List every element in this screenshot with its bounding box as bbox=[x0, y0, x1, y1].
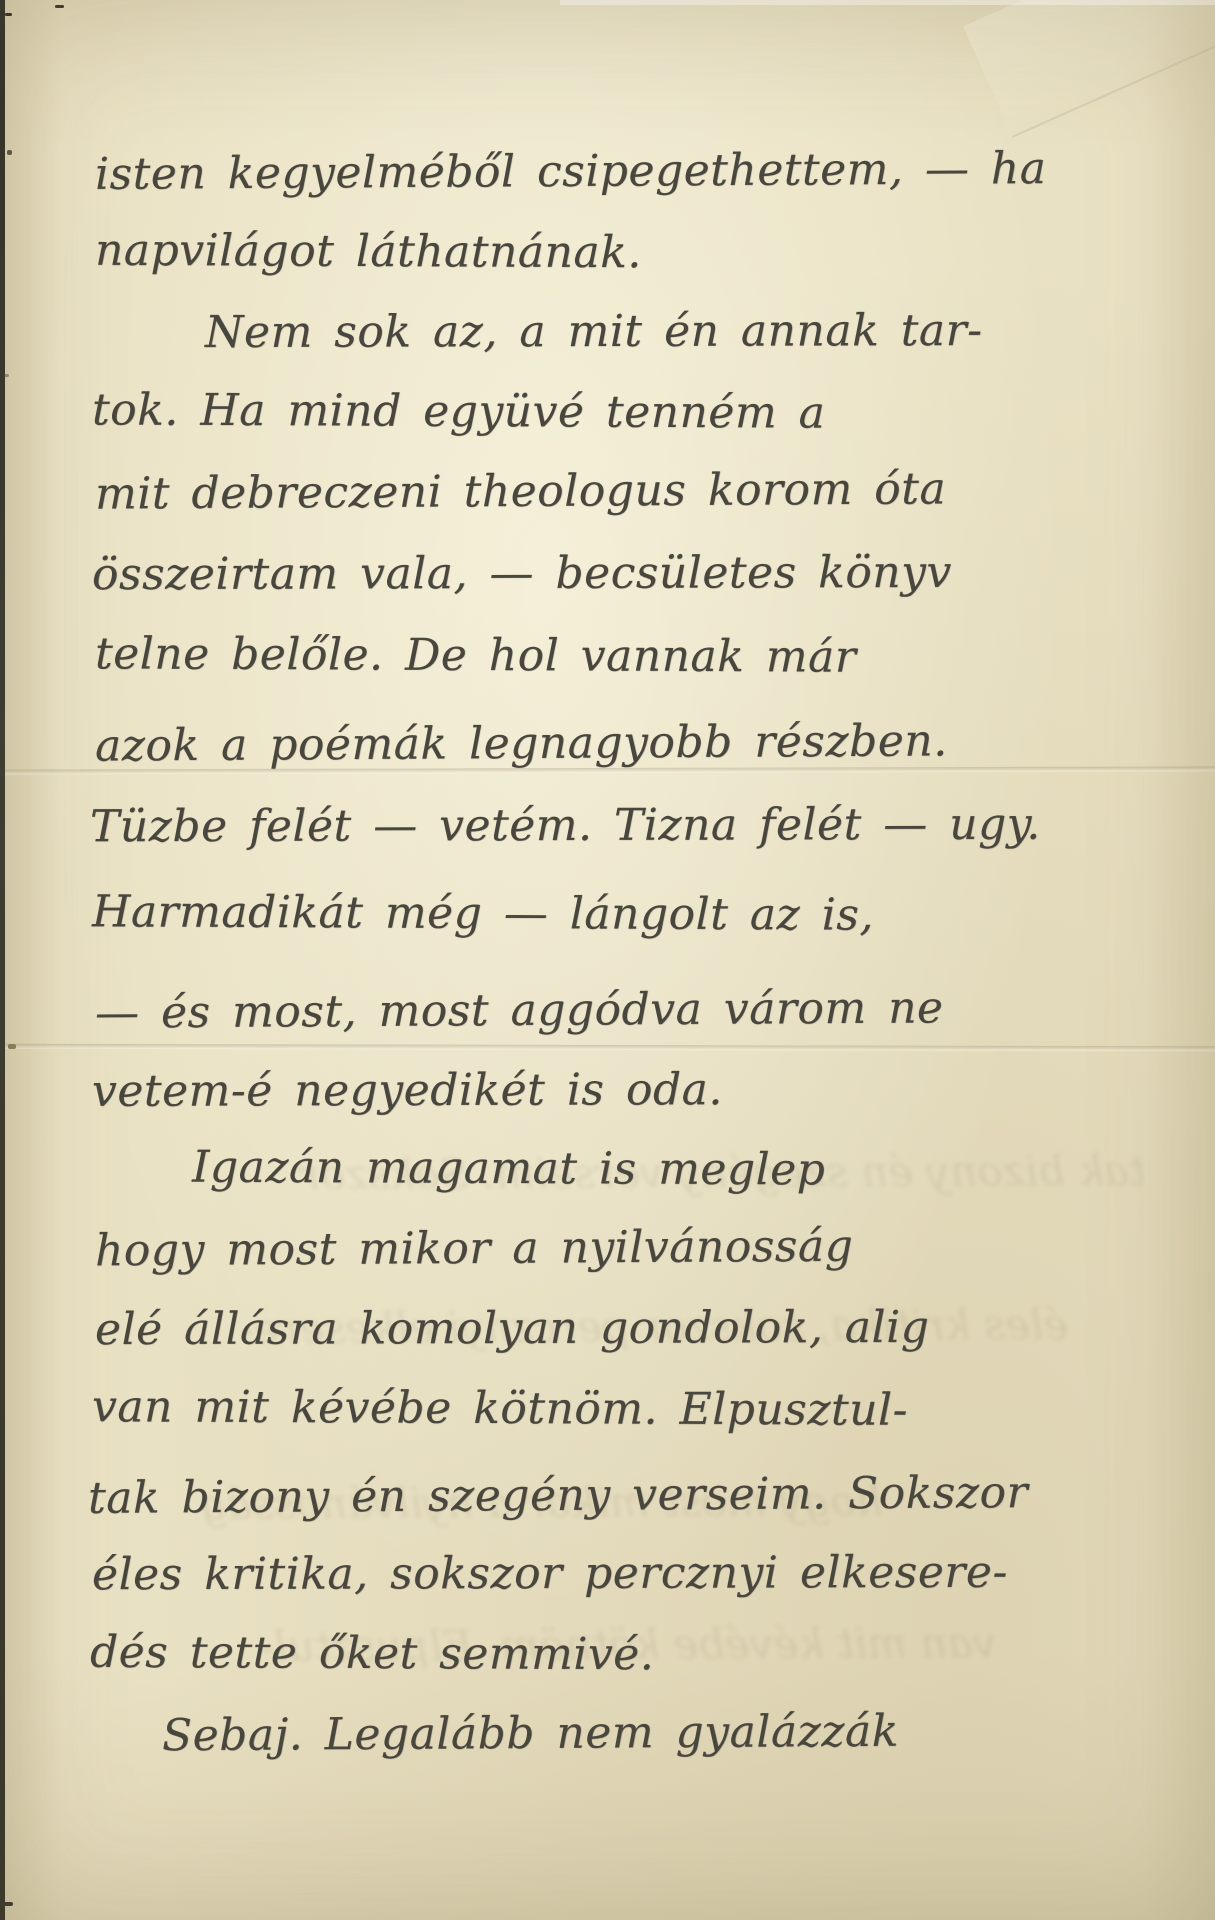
letter-page: tak bizony én szegény verseim. Sokszor é… bbox=[0, 0, 1215, 1920]
handwritten-line: telne belőle. De hol vannak már bbox=[95, 628, 857, 684]
handwritten-line: vetem-é negyedikét is oda. bbox=[92, 1064, 723, 1118]
handwritten-line: van mit kévébe kötnöm. Elpusztul- bbox=[92, 1381, 908, 1437]
paper-speck bbox=[55, 5, 64, 8]
handwritten-line: összeirtam vala, — becsületes könyv bbox=[92, 547, 952, 602]
handwritten-line: Harmadikát még — lángolt az is, bbox=[92, 886, 874, 942]
handwritten-line: éles kritika, sokszor percznyi elkesere- bbox=[92, 1547, 1008, 1602]
paper-speck bbox=[4, 374, 9, 377]
handwritten-line: isten kegyelméből csipegethettem, — ha bbox=[95, 143, 1047, 202]
handwritten-line: Nem sok az, a mit én annak tar- bbox=[205, 305, 983, 360]
paper-speck bbox=[5, 13, 12, 16]
handwritten-line: hogy most mikor a nyilvánosság bbox=[95, 1221, 854, 1278]
handwritten-line: Tüzbe felét — vetém. Tizna felét — ugy. bbox=[90, 799, 1041, 854]
scan-edge bbox=[0, 0, 5, 1920]
handwritten-line: tak bizony én szegény verseim. Sokszor bbox=[88, 1467, 1028, 1526]
corner-crease bbox=[963, 0, 1215, 138]
paper-speck bbox=[3, 1902, 13, 1906]
handwritten-line: azok a poémák legnagyobb részben. bbox=[95, 715, 948, 773]
paper-speck bbox=[7, 150, 12, 155]
handwritten-line: tok. Ha mind együvé tenném a bbox=[92, 384, 826, 440]
fold-crease bbox=[0, 1044, 1215, 1052]
paper-speck bbox=[8, 1044, 16, 1049]
handwritten-line: Sebaj. Legalább nem gyalázzák bbox=[162, 1706, 899, 1763]
scan-edge-highlight bbox=[560, 0, 1215, 5]
handwritten-line: elé állásra komolyan gondolok, alig bbox=[95, 1302, 929, 1357]
handwritten-line: mit debreczeni theologus korom óta bbox=[95, 463, 946, 521]
handwritten-line: Igazán magamat is meglep bbox=[192, 1142, 826, 1198]
handwritten-line: dés tette őket semmivé. bbox=[90, 1627, 654, 1682]
handwritten-line: — és most, most aggódva várom ne bbox=[95, 982, 944, 1040]
handwritten-line: napvilágot láthatnának. bbox=[95, 225, 642, 280]
